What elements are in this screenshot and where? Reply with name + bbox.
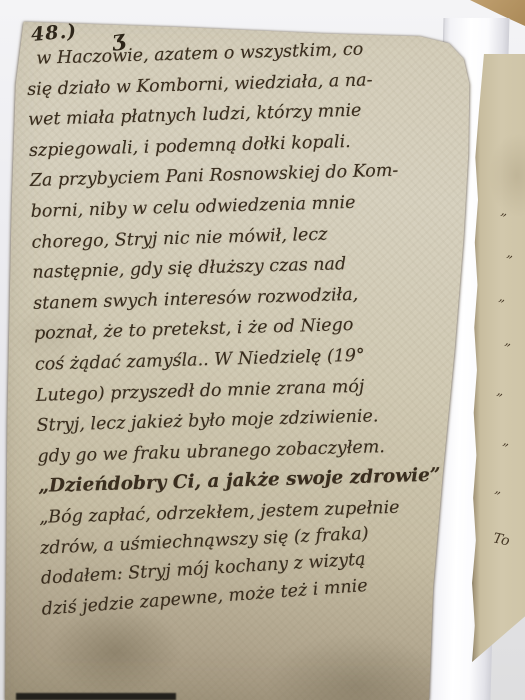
handwritten-line: dziś jedzie zapewne, może też i mnie: [41, 563, 470, 625]
handwritten-line: następnie, gdy się dłuższy czas nad: [32, 246, 461, 289]
handwritten-line: „Bóg zapłać, odrzekłem, jestem zupełnie: [39, 491, 468, 534]
handwritten-line: poznał, że to pretekst, i że od Niego: [34, 307, 463, 350]
handwritten-line: gdy go we fraku ubranego zobaczyłem.: [37, 430, 466, 473]
handwritten-line: Za przybyciem Pani Rosnowskiej do Kom-: [29, 154, 458, 197]
handwritten-line: Lutego) przyszedł do mnie zrana mój: [35, 368, 464, 411]
page-number: 48.): [30, 20, 78, 46]
handwritten-line: w Haczowie, azatem o wszystkim, co: [26, 32, 455, 75]
manuscript-page: 48.) ʒ w Haczowie, azatem o wszystkim, c…: [0, 0, 525, 700]
handwritten-line: borni, niby w celu odwiedzenia mnie: [30, 185, 459, 228]
handwritten-line: stanem swych interesów rozwodziła,: [33, 277, 462, 320]
handwritten-line: Stryj, lecz jakież było moje zdziwienie.: [36, 399, 465, 442]
handwritten-line: coś żądać zamyśla.. W Niedzielę (19°: [35, 338, 464, 381]
handwritten-line: chorego, Stryj nic nie mówił, lecz: [31, 216, 460, 259]
handwritten-line: zdrów, a uśmiechnąwszy się (z fraka): [39, 514, 468, 564]
manuscript-photo: „ „ „ „ „ „ „ To 48.) ʒ w Haczowie, azat…: [0, 0, 525, 700]
photo-bottom-shadow: [16, 693, 176, 700]
handwritten-line: wet miała płatnych ludzi, którzy mnie: [28, 93, 457, 136]
handwritten-text-block: w Haczowie, azatem o wszystkim, co się d…: [26, 32, 470, 625]
main-page-wrap: 48.) ʒ w Haczowie, azatem o wszystkim, c…: [0, 0, 525, 700]
handwritten-line: „Dzieńdobry Ci, a jakże swoje zdrowie”: [38, 460, 467, 503]
handwritten-line: dodałem: Stryj mój kochany z wizytą: [40, 539, 469, 595]
flourish-mark: ʒ: [110, 25, 126, 52]
handwritten-line: szpiegowali, i podemną dołki kopali.: [29, 124, 458, 167]
handwritten-line: się działo w Komborni, wiedziała, a na-: [27, 63, 456, 106]
